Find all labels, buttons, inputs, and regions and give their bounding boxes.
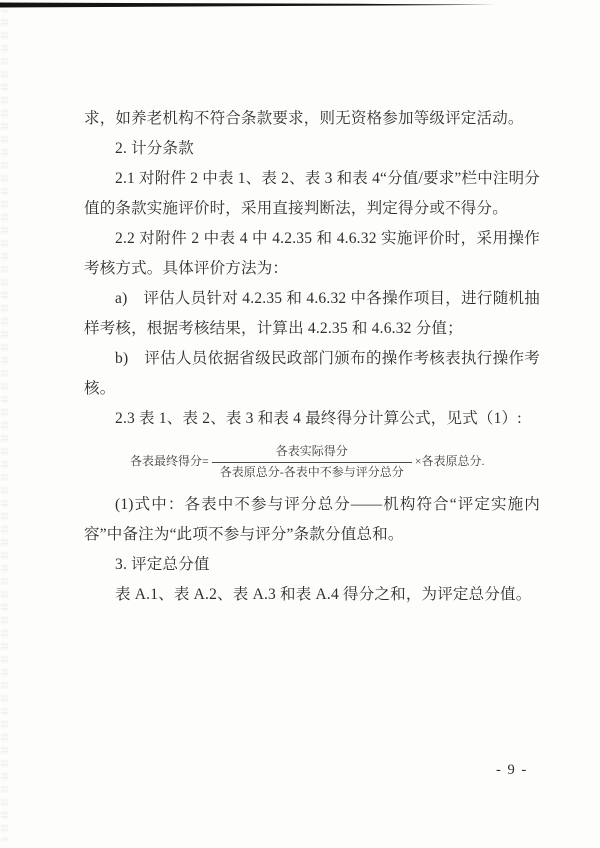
page-number: - 9 -: [496, 762, 528, 779]
section-heading-2: 2. 计分条款: [84, 134, 540, 164]
formula-fraction: 各表实际得分 各表原总分-各表中不参与评分总分: [212, 444, 412, 480]
document-page: 求，如养老机构不符合条款要求，则无资格参加等级评定活动。 2. 计分条款 2.1…: [0, 0, 600, 848]
formula-explanation: (1)式中：各表中不参与评分总分——机构符合“评定实施内容”中备注为“此项不参与…: [84, 490, 540, 550]
formula-numerator: 各表实际得分: [212, 444, 412, 463]
list-item-b: b) 评估人员依据省级民政部门颁布的操作考核表执行操作考核。: [84, 344, 540, 404]
clause-2-2: 2.2 对附件 2 中表 4 中 4.2.35 和 4.6.32 实施评价时，采…: [84, 224, 540, 284]
total-score-definition: 表 A.1、表 A.2、表 A.3 和表 A.4 得分之和，为评定总分值。: [84, 580, 540, 610]
clause-2-1: 2.1 对附件 2 中表 1、表 2、表 3 和表 4“分值/要求”栏中注明分值…: [84, 164, 540, 224]
paragraph-continuation: 求，如养老机构不符合条款要求，则无资格参加等级评定活动。: [84, 104, 540, 134]
section-heading-3: 3. 评定总分值: [84, 550, 540, 580]
formula-rhs: ×各表原总分.: [415, 454, 485, 470]
formula-lhs: 各表最终得分=: [130, 454, 209, 470]
clause-2-3: 2.3 表 1、表 2、表 3 和表 4 最终得分计算公式，见式（1）:: [84, 404, 540, 434]
formula-denominator: 各表原总分-各表中不参与评分总分: [212, 463, 412, 481]
scan-artifact-left-edge: [1, 10, 8, 842]
list-item-a: a) 评估人员针对 4.2.35 和 4.6.32 中各操作项目，进行随机抽样考…: [84, 284, 540, 344]
document-body: 求，如养老机构不符合条款要求，则无资格参加等级评定活动。 2. 计分条款 2.1…: [84, 104, 540, 610]
scan-artifact-top: [0, 0, 600, 12]
formula-equation-1: 各表最终得分= 各表实际得分 各表原总分-各表中不参与评分总分 ×各表原总分.: [84, 444, 540, 480]
